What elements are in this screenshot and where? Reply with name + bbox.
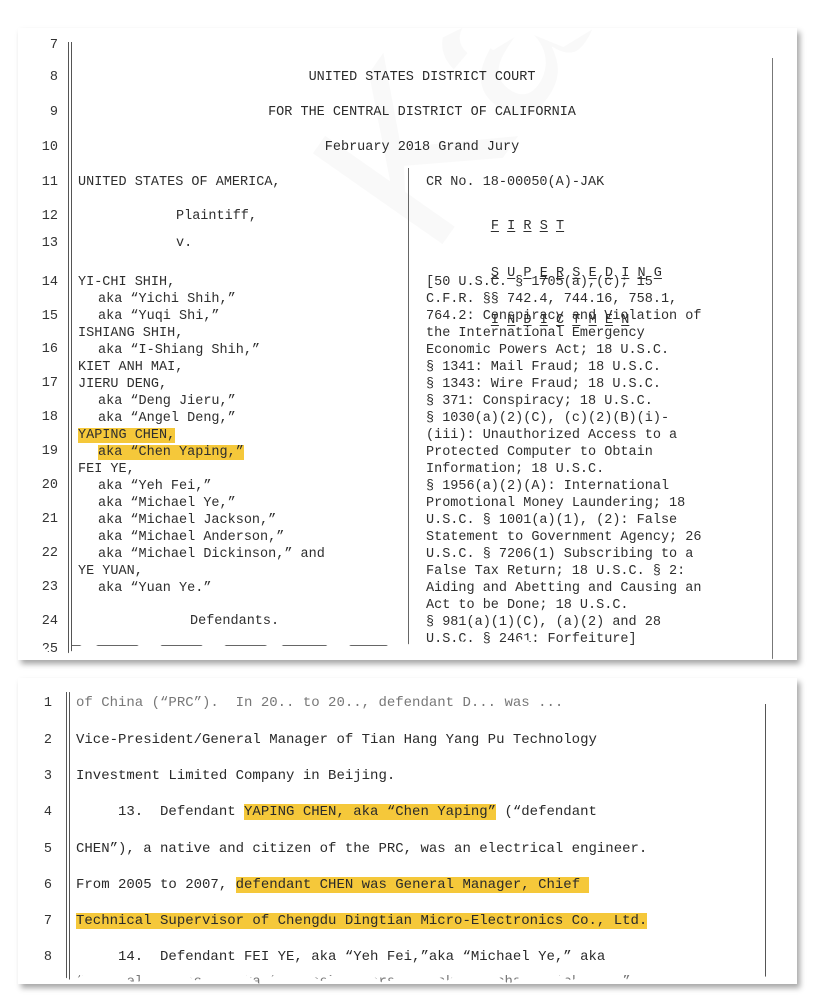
line-number: 7	[12, 914, 52, 929]
line-number: 12	[18, 209, 58, 224]
paragraph-13-lead: 13. Defendant	[76, 804, 244, 820]
grand-jury-line: February 2018 Grand Jury	[72, 140, 772, 155]
defendant-line: ISHIANG SHIH,	[78, 325, 305, 342]
charge-line: § 1341: Mail Fraud; 18 U.S.C.	[426, 359, 701, 376]
body-line-3: Investment Limited Company in Beijing.	[76, 768, 395, 784]
charge-line: Act to be Done; 18 U.S.C.	[426, 597, 701, 614]
line-number: 4	[12, 805, 52, 820]
defendant-line: KIET ANH MAI,	[78, 359, 305, 376]
line-number: 8	[18, 70, 58, 85]
charge-line: False Tax Return; 18 U.S.C. § 2:	[426, 563, 701, 580]
line-number: 21	[18, 512, 58, 527]
defendant-line: aka “Yuan Ye.”	[98, 580, 325, 597]
line-number: 24	[18, 614, 58, 629]
line-number: 1	[12, 696, 52, 711]
defendant-line: aka “Michael Dickinson,” and	[98, 546, 325, 563]
line-number: 8	[12, 950, 52, 965]
left-margin-rule	[66, 692, 67, 984]
line-number: 5	[12, 842, 52, 857]
charges-block: [50 U.S.C. § 1705(a),(c); 15 C.F.R. §§ 7…	[426, 274, 701, 648]
highlight-company: Technical Supervisor of Chengdu Dingtian…	[76, 913, 647, 929]
line-number: 17	[18, 376, 58, 391]
line-number: 25	[18, 642, 58, 657]
body-line-5: CHEN”), a native and citizen of the PRC,…	[76, 841, 647, 857]
charge-line: § 1956(a)(2)(A): International	[426, 478, 701, 495]
charge-line: C.F.R. §§ 742.4, 744.16, 758.1,	[426, 291, 701, 308]
line-number: 23	[18, 580, 58, 595]
defendant-line: aka “Angel Deng,”	[98, 410, 325, 427]
court-title: UNITED STATES DISTRICT COURT	[72, 70, 772, 85]
line-number: 22	[18, 546, 58, 561]
defendant-line-highlighted: YAPING CHEN,	[78, 428, 175, 443]
charge-line: Aiding and Abetting and Causing an	[426, 580, 701, 597]
document-fragment-body-page: 1 2 3 4 5 6 7 8 of China (“PRC”). In 20.…	[18, 678, 797, 984]
right-margin-rule	[765, 704, 766, 984]
title-letter: S	[540, 219, 548, 234]
defendant-line: aka “Michael Ye,”	[98, 495, 325, 512]
defendant-line: YE YUAN,	[78, 563, 305, 580]
line-number: 15	[18, 309, 58, 324]
left-margin-rule-inner	[69, 692, 70, 984]
caption-divider	[408, 168, 409, 646]
paragraph-13-tail: (“defendant	[496, 804, 597, 820]
highlight-role: defendant CHEN was General Manager, Chie…	[236, 877, 589, 893]
defendants-list: YI-CHI SHIH, aka “Yichi Shih,” aka “Yuqi…	[78, 274, 305, 597]
left-margin-rule-inner	[71, 42, 72, 660]
defendant-line: JIERU DENG,	[78, 376, 305, 393]
title-letter: T	[556, 219, 564, 234]
charge-line: Promotional Money Laundering; 18	[426, 495, 701, 512]
plaintiff-name: UNITED STATES OF AMERICA,	[78, 174, 281, 191]
title-letter: F	[491, 219, 499, 234]
line-number: 6	[12, 878, 52, 893]
defendant-line-highlighted: aka “Chen Yaping,”	[98, 445, 244, 460]
defendant-line: aka “Michael Jackson,”	[98, 512, 325, 529]
district-title: FOR THE CENTRAL DISTRICT OF CALIFORNIA	[72, 105, 772, 120]
body-line-8: 14. Defendant FEI YE, aka “Yeh Fei,”aka …	[76, 949, 605, 965]
line-number: 16	[18, 342, 58, 357]
body-line-4: 13. Defendant YAPING CHEN, aka “Chen Yap…	[76, 804, 597, 820]
caption-bottom-rule	[72, 645, 409, 646]
versus: v.	[176, 235, 192, 252]
charge-line: U.S.C. § 7206(1) Subscribing to a	[426, 546, 701, 563]
date-range-text: From 2005 to 2007,	[76, 877, 236, 893]
charge-line: U.S.C. § 1001(a)(1), (2): False	[426, 512, 701, 529]
body-line-6: From 2005 to 2007, defendant CHEN was Ge…	[76, 877, 589, 893]
case-number: CR No. 18-00050(A)-JAK	[426, 174, 604, 191]
charge-line: Information; 18 U.S.C.	[426, 461, 701, 478]
line-number: 7	[18, 38, 58, 53]
defendant-line: aka “Yichi Shih,”	[98, 291, 325, 308]
line-number: 9	[18, 105, 58, 120]
line-number: 10	[18, 140, 58, 155]
defendant-line: aka “Yeh Fei,”	[98, 478, 325, 495]
charge-line: (iii): Unauthorized Access to a	[426, 427, 701, 444]
document-fragment-caption-page: Katina 7 8 9 10 11 12 13 14 15 16 17 18 …	[18, 28, 797, 660]
charge-line: § 981(a)(1)(C), (a)(2) and 28	[426, 614, 701, 631]
left-margin-rule	[68, 42, 69, 660]
charge-line: § 1343: Wire Fraud; 18 U.S.C.	[426, 376, 701, 393]
line-number: 3	[12, 769, 52, 784]
charge-line: U.S.C. § 2461: Forfeiture]	[426, 631, 701, 648]
charge-line: 764.2: Conspiracy and Violation of	[426, 308, 701, 325]
line-number: 13	[18, 236, 58, 251]
title-letter: I	[507, 219, 515, 234]
charge-line: Protected Computer to Obtain	[426, 444, 701, 461]
line-number: 19	[18, 444, 58, 459]
body-line-2: Vice-President/General Manager of Tian H…	[76, 732, 597, 748]
paper-sheet: 1 2 3 4 5 6 7 8 of China (“PRC”). In 20.…	[18, 678, 797, 984]
line-number: 20	[18, 478, 58, 493]
body-line-7: Technical Supervisor of Chengdu Dingtian…	[76, 913, 647, 929]
charge-line: § 1030(a)(2)(C), (c)(2)(B)(i)-	[426, 410, 701, 427]
plaintiff-label: Plaintiff,	[176, 208, 257, 225]
defendant-line: aka “I-Shiang Shih,”	[98, 342, 325, 359]
line-number: 14	[18, 275, 58, 290]
line-number: 2	[12, 733, 52, 748]
charge-line: the International Emergency	[426, 325, 701, 342]
defendant-line: aka “Michael Anderson,”	[98, 529, 325, 546]
highlight-defendant-name: YAPING CHEN, aka “Chen Yaping”	[244, 804, 496, 820]
defendants-label: Defendants.	[190, 613, 279, 630]
title-line-first: FIRST	[426, 201, 572, 252]
charge-line: Statement to Government Agency; 26	[426, 529, 701, 546]
line-number: 11	[18, 175, 58, 190]
defendant-line: YI-CHI SHIH,	[78, 274, 305, 291]
body-line-1-torn: of China (“PRC”). In 20.. to 20.., defen…	[76, 695, 563, 711]
defendant-line: FEI YE,	[78, 461, 305, 478]
defendant-line: aka “Yuqi Shi,”	[98, 308, 325, 325]
charge-line: Economic Powers Act; 18 U.S.C.	[426, 342, 701, 359]
charge-line: § 371: Conspiracy; 18 U.S.C.	[426, 393, 701, 410]
charge-line: [50 U.S.C. § 1705(a),(c); 15	[426, 274, 701, 291]
line-number: 18	[18, 410, 58, 425]
right-margin-rule	[772, 58, 773, 660]
paper-sheet: Katina 7 8 9 10 11 12 13 14 15 16 17 18 …	[18, 28, 797, 660]
body-line-9-torn: “Michael Jackson,” aka “Michael Anderson…	[76, 974, 631, 990]
title-letter: R	[523, 219, 531, 234]
defendant-line: aka “Deng Jieru,”	[98, 393, 325, 410]
